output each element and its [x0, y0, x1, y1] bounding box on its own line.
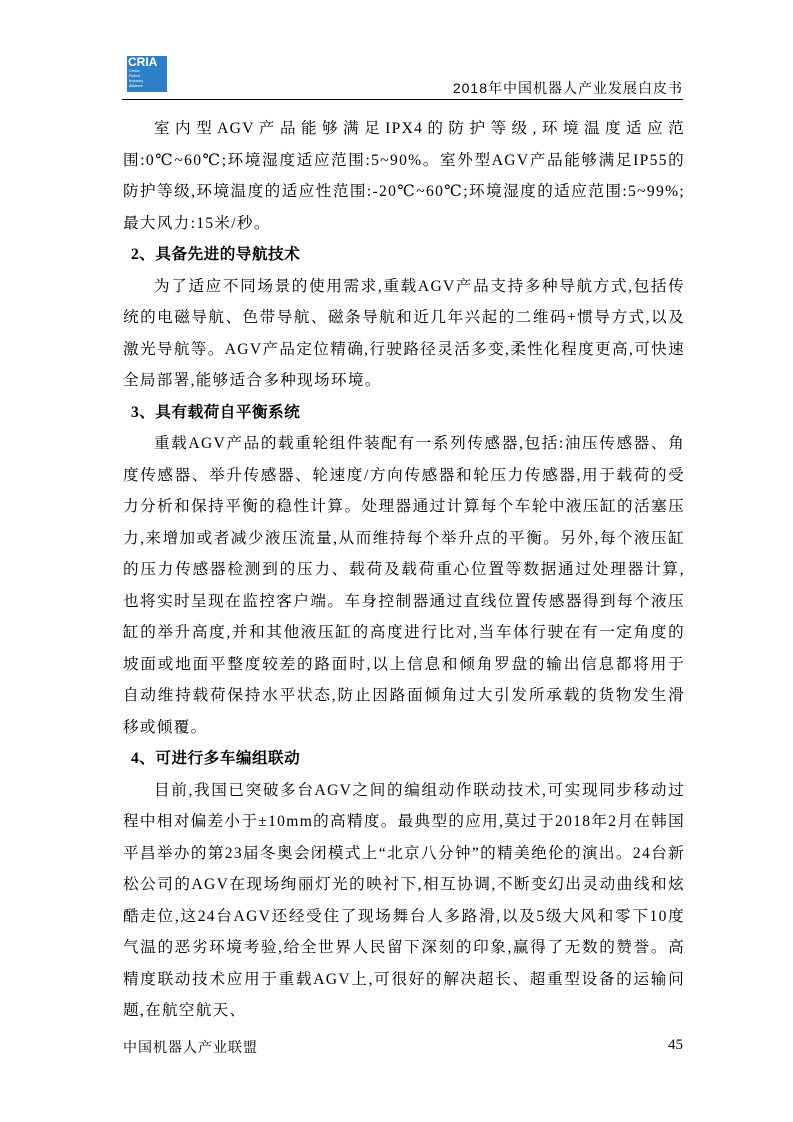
logo-subtitle-line: Alliance: [127, 83, 167, 88]
cria-logo: CRIA China Robot Industry Alliance: [127, 56, 167, 92]
section-heading-self-balancing: 3、具有载荷自平衡系统: [123, 397, 685, 429]
section-paragraph-self-balancing: 重载AGV产品的载重轮组件装配有一系列传感器,包括:油压传感器、角度传感器、举升…: [123, 428, 685, 743]
section-paragraph-multi-vehicle: 目前,我国已突破多台AGV之间的编组动作联动技术,可实现同步移动过程中相对偏差小…: [123, 775, 685, 1027]
page-number: 45: [668, 1037, 683, 1054]
page-body: 室内型AGV产品能够满足IPX4的防护等级,环境温度适应范围:0℃~60℃;环境…: [123, 113, 685, 1027]
section-heading-navigation: 2、具备先进的导航技术: [123, 239, 685, 271]
section-heading-multi-vehicle: 4、可进行多车编组联动: [123, 743, 685, 775]
section-paragraph-navigation: 为了适应不同场景的使用需求,重载AGV产品支持多种导航方式,包括传统的电磁导航、…: [123, 271, 685, 397]
footer-organization: 中国机器人产业联盟: [123, 1037, 258, 1057]
running-header-title: 2018年中国机器人产业发展白皮书: [453, 78, 683, 98]
header-divider: [122, 99, 683, 100]
intro-paragraph: 室内型AGV产品能够满足IPX4的防护等级,环境温度适应范围:0℃~60℃;环境…: [123, 113, 685, 239]
logo-text: CRIA: [127, 56, 167, 68]
